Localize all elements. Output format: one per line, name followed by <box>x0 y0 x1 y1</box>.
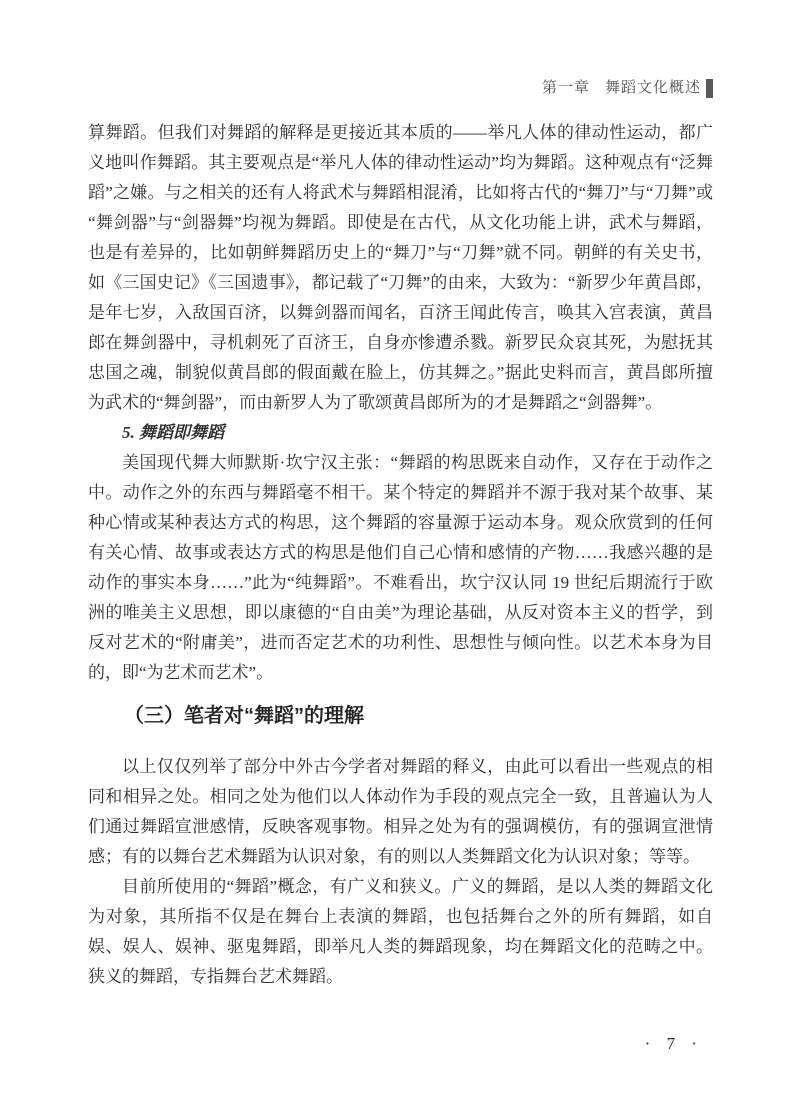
book-page: 第一章 舞蹈文化概述 算舞蹈。但我们对舞蹈的解释是更接近其本质的——举凡人体的律… <box>0 0 799 1118</box>
paragraph-continued: 算舞蹈。但我们对舞蹈的解释是更接近其本质的——举凡人体的律动性运动，都广义地叫作… <box>88 118 713 418</box>
chapter-title: 舞蹈文化概述 <box>605 78 701 98</box>
page-body: 算舞蹈。但我们对舞蹈的解释是更接近其本质的——举凡人体的律动性运动，都广义地叫作… <box>88 118 713 992</box>
section-heading-3: （三）笔者对“舞蹈”的理解 <box>88 700 713 732</box>
paragraph: 目前所使用的“舞蹈”概念，有广义和狭义。广义的舞蹈，是以人类的舞蹈文化为对象，其… <box>88 872 713 992</box>
paragraph: 以上仅仅列举了部分中外古今学者对舞蹈的释义，由此可以看出一些观点的相同和相异之处… <box>88 752 713 872</box>
page-number: · 7 · <box>645 1034 703 1053</box>
paragraph: 美国现代舞大师默斯·坎宁汉主张：“舞蹈的构思既来自动作，又存在于动作之中。动作之… <box>88 448 713 688</box>
chapter-marker-bar <box>706 79 713 98</box>
page-footer: · 7 · <box>645 1034 703 1054</box>
chapter-label: 第一章 <box>542 78 590 98</box>
running-header: 第一章 舞蹈文化概述 <box>88 78 713 98</box>
item-heading-5: 5. 舞蹈即舞蹈 <box>88 418 713 448</box>
